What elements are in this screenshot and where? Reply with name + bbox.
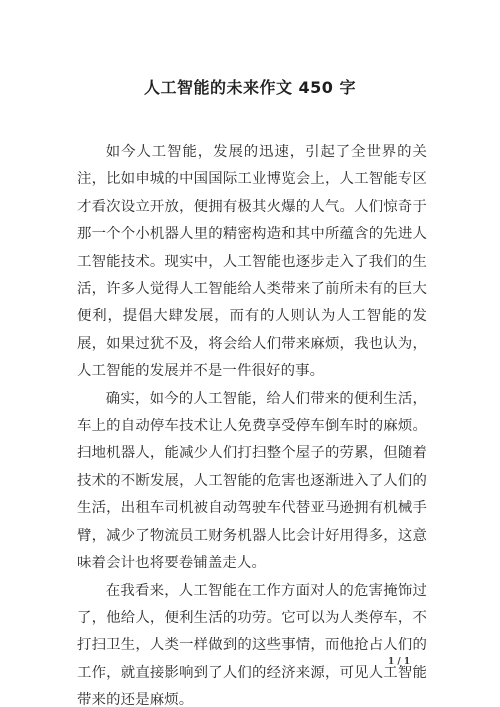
paragraph-3: 在我看来，人工智能在工作方面对人的危害掩饰过了，他给人，便利生活的功劳。它可以为… — [77, 578, 427, 707]
document-body: 如今人工智能，发展的迅速，引起了全世界的关注，比如申城的中国国际工业博览会上，人… — [77, 139, 427, 707]
document-page: 人工智能的未来作文 450 字 如今人工智能，发展的迅速，引起了全世界的关注，比… — [0, 0, 500, 707]
document-title: 人工智能的未来作文 450 字 — [0, 78, 500, 98]
page-number: 1 / 1 — [388, 657, 410, 667]
paragraph-2: 确实，如今的人工智能，给人们带来的便利生活，车上的自动停车技术让人免费享受停车倒… — [77, 386, 427, 578]
paragraph-1: 如今人工智能，发展的迅速，引起了全世界的关注，比如申城的中国国际工业博览会上，人… — [77, 139, 427, 386]
